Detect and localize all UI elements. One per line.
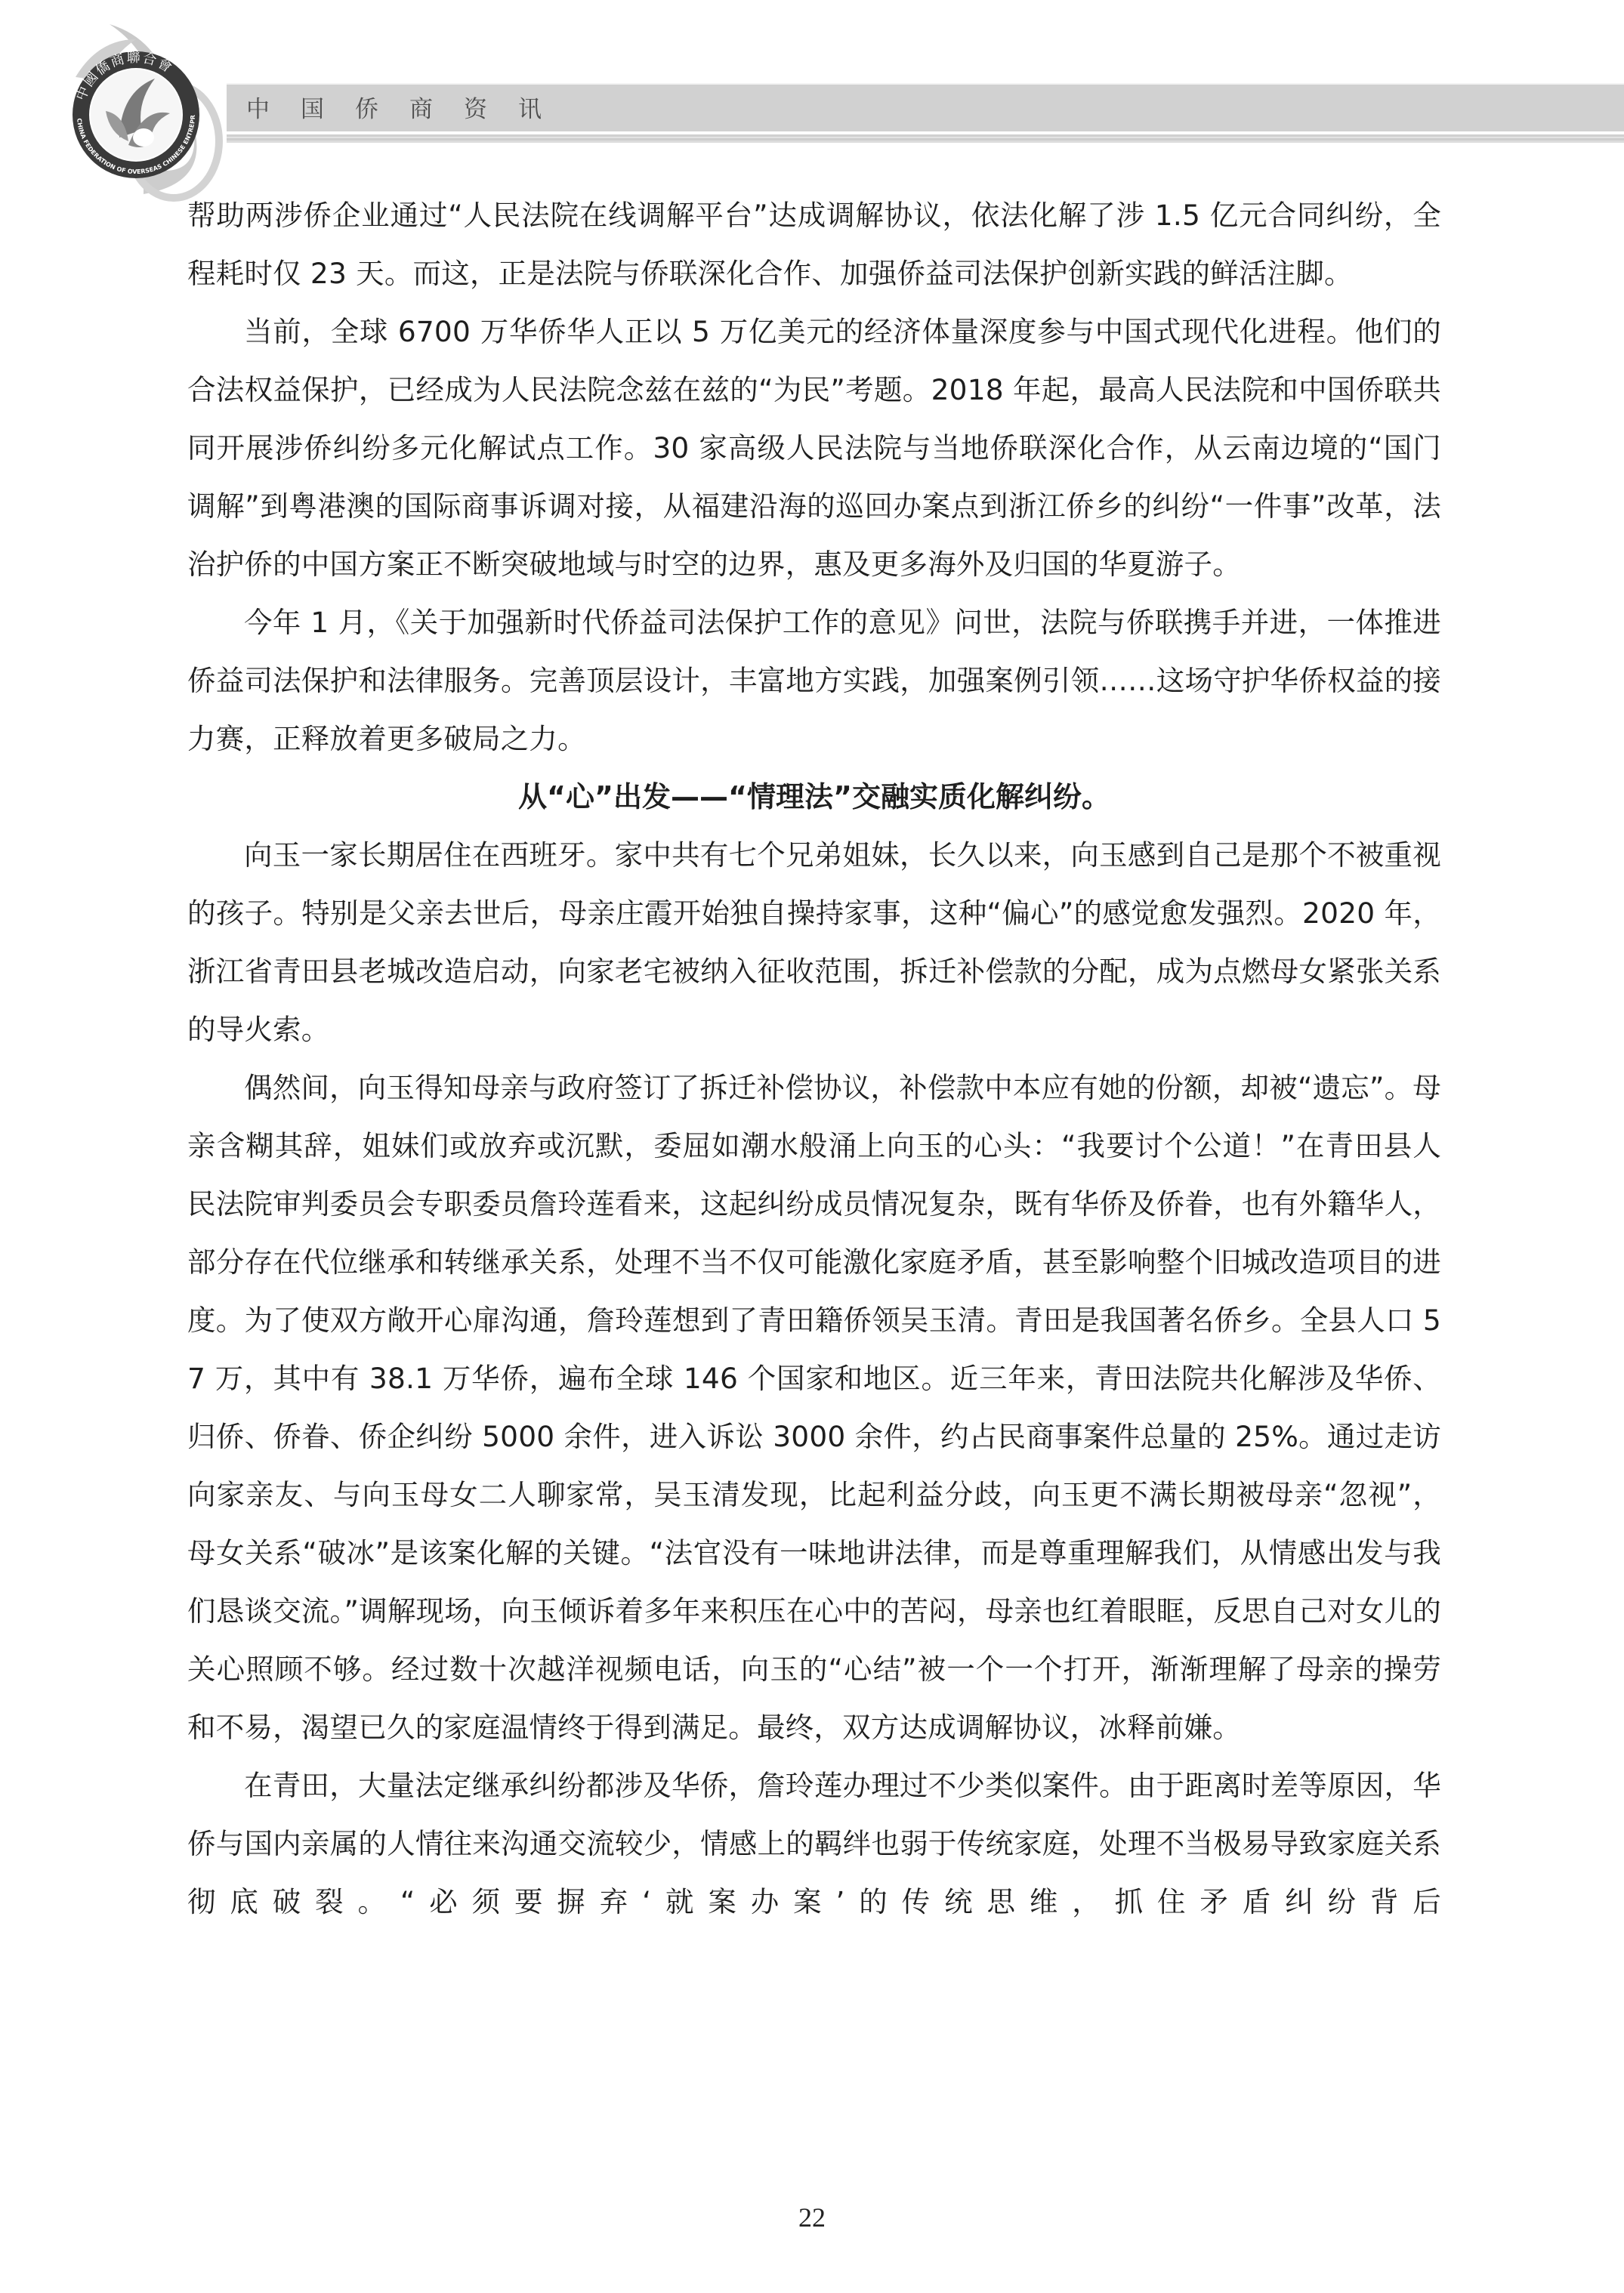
title-char: 讯 — [518, 90, 573, 124]
title-char: 国 — [301, 90, 355, 124]
paragraph: 向玉一家长期居住在西班牙。家中共有七个兄弟姐妹，长久以来，向玉感到自己是那个不被… — [187, 826, 1441, 1059]
title-char: 商 — [409, 90, 464, 124]
paragraph: 当前，全球 6700 万华侨华人正以 5 万亿美元的经济体量深度参与中国式现代化… — [187, 303, 1441, 594]
paragraph: 偶然间，向玉得知母亲与政府签订了拆迁补偿协议，补偿款中本应有她的份额，却被“遗忘… — [187, 1059, 1441, 1757]
title-char: 中 — [246, 90, 301, 124]
header-rule-divider — [227, 134, 1624, 143]
paragraph: 今年 1 月，《关于加强新时代侨益司法保护工作的意见》问世，法院与侨联携手并进，… — [187, 594, 1441, 768]
title-char: 侨 — [355, 90, 409, 124]
publication-title: 中 国 侨 商 资 讯 — [246, 91, 573, 122]
section-subheading: 从“心”出发——“情理法”交融实质化解纠纷。 — [187, 768, 1441, 826]
article-body: 帮助两涉侨企业通过“人民法院在线调解平台”达成调解协议，依法化解了涉 1.5 亿… — [187, 187, 1441, 1931]
paragraph: 在青田，大量法定继承纠纷都涉及华侨，詹玲莲办理过不少类似案件。由于距离时差等原因… — [187, 1757, 1441, 1931]
page-number: 22 — [0, 2202, 1624, 2233]
title-char: 资 — [464, 90, 518, 124]
paragraph: 帮助两涉侨企业通过“人民法院在线调解平台”达成调解协议，依法化解了涉 1.5 亿… — [187, 187, 1441, 303]
